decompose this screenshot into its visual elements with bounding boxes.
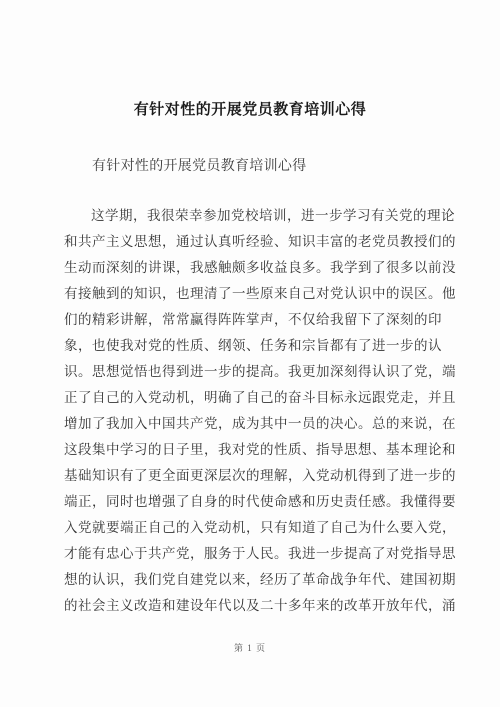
body-line: 有接触到的知识，也理清了一些原来自己对党认识中的误区。他 [64, 281, 444, 307]
body-line: 正了自己的入党动机，明确了自己的奋斗目标永远跟党走，并且 [64, 385, 444, 411]
document-page: 有针对性的开展党员教育培训心得 有针对性的开展党员教育培训心得 这学期，我很荣幸… [0, 0, 500, 707]
body-line: 入党就要端正自己的入党动机，只有知道了自己为什么要入党， [64, 515, 444, 541]
body-line: 端正，同时也增强了自身的时代使命感和历史责任感。我懂得要 [64, 489, 444, 515]
body-line: 增加了我加入中国共产党，成为其中一员的决心。总的来说，在 [64, 411, 444, 437]
body-line: 象，也使我对党的性质、纲领、任务和宗旨都有了进一步的认 [64, 333, 444, 359]
body-line: 这段集中学习的日子里，我对党的性质、指导思想、基本理论和 [64, 437, 444, 463]
document-body: 这学期，我很荣幸参加党校培训，进一步学习有关党的理论 和共产主义思想，通过认真听… [64, 203, 444, 619]
body-line: 想的认识，我们党自建党以来，经历了革命战争年代、建国初期 [64, 567, 444, 593]
body-line: 的社会主义改造和建设年代以及二十多年来的改革开放年代，涌 [64, 593, 444, 619]
document-subtitle: 有针对性的开展党员教育培训心得 [64, 155, 444, 175]
body-line: 识。思想觉悟也得到进一步的提高。我更加深刻得认识了党，端 [64, 359, 444, 385]
body-line: 这学期，我很荣幸参加党校培训，进一步学习有关党的理论 [64, 203, 444, 229]
body-line: 基础知识有了更全面更深层次的理解，入党动机得到了进一步的 [64, 463, 444, 489]
body-line: 和共产主义思想，通过认真听经验、知识丰富的老党员教授们的 [64, 229, 444, 255]
body-line: 们的精彩讲解，常常赢得阵阵掌声，不仅给我留下了深刻的印 [64, 307, 444, 333]
document-title: 有针对性的开展党员教育培训心得 [0, 98, 500, 119]
body-line: 生动而深刻的讲课，我感触颇多收益良多。我学到了很多以前没 [64, 255, 444, 281]
body-line: 才能有忠心于共产党，服务于人民。我进一步提高了对党指导思 [64, 541, 444, 567]
page-number: 第 1 页 [0, 641, 500, 654]
